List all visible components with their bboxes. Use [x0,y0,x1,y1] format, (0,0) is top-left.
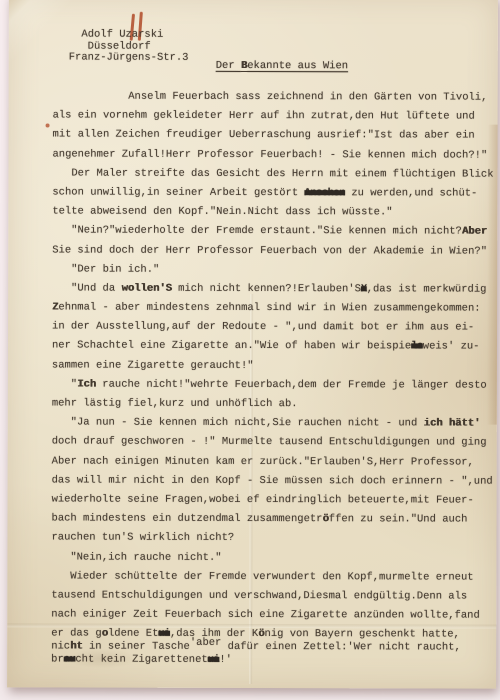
text-line: Aber nach einigen Minuten kam er zurück.… [52,455,500,475]
text-line: wiederholte seine Fragen,wobei ef eindri… [52,493,500,513]
text-segment: mich nicht kennen?!Erlauben'S [172,283,361,295]
text-segment: "Nein?"wiederholte der Fremde erstaunt."… [52,225,462,238]
text-segment: ffen zu sein."Und auch [329,513,468,525]
text-segment: 'aber [190,637,222,649]
text-segment: weis' zu- [423,341,480,353]
text-segment: wollen'S [121,283,171,295]
text-line: Zehnmal - aber mindestens zehnmal sind w… [52,302,500,322]
text-segment: ht [70,641,83,653]
text-line: schon unwillig,in seiner Arbeit gestört … [52,186,500,206]
text-line: mit allen Zeichen freudiger Ueberraschun… [53,129,500,149]
text-segment: mehr lästig fiel,kurz und unhöflich ab. [52,397,298,410]
text-segment: ls [411,341,423,353]
text-segment: wiederholte seine Fragen,wobei ef eindri… [52,493,474,506]
author-line: Franz-Jürgens-Str.3 [69,53,189,65]
text-line: das will mir nicht in den Kopf - Sie müs… [52,474,500,494]
text-segment: tausend Entschuldigungen und verschwand,… [51,589,467,602]
text-segment: das will mir nicht in den Kopf - Sie müs… [52,474,493,487]
text-segment: Sie sind doch der Herr Professor Feuerba… [52,244,487,257]
text-segment: Aber [462,226,487,238]
text-segment: er das g [51,628,101,640]
text-segment: br [51,654,64,666]
text-segment: " [52,378,77,390]
text-segment: !' [219,654,232,666]
text-segment: sammen eine Zigarette geraucht!" [52,359,254,372]
text-line: sammen eine Zigarette geraucht!" [52,359,500,379]
text-line: doch drauf geschworen - !" Murmelte taus… [52,436,500,456]
text-segment: ich hätt' [424,418,481,430]
text-segment: ekannte aus Wien [247,60,348,72]
text-line: tausend Entschuldigungen und verschwand,… [51,589,500,609]
text-segment: "Nein,ich rauche nicht." [51,551,221,563]
text-segment: Wieder schüttelte der Fremde verwundert … [51,570,473,583]
text-line: Sie sind doch der Herr Professor Feuerba… [52,244,500,264]
text-segment: rauche nicht!"wehrte Feuerbach,dem der F… [96,378,487,391]
text-segment: als ein vornehm gekleideter Herr auf ihn… [53,110,475,123]
text-line: "Ich rauche nicht!"wehrte Feuerbach,dem … [52,378,500,398]
text-line: "Der bin ich." [52,263,500,283]
text-segment: telte abweisend den Kopf."Nein.Nicht das… [52,206,392,219]
text-segment: au [64,654,76,666]
red-speck [46,123,50,127]
text-segment: ,das ist merkwürdig [367,283,487,295]
text-segment: ehnmal - aber mindestens zehnmal sind wi… [58,302,480,315]
text-line: Der Maler streifte das Gesicht des Herrn… [52,167,500,187]
text-segment: dafür einen Zettel:'Wer nicht raucht, [221,641,460,654]
text-segment: rauchen tun'S wirklich nicht? [51,532,234,544]
text-line: Wieder schüttelte der Fremde verwundert … [51,570,500,590]
text-segment: Aber nach einigen Minuten kam er zurück.… [52,455,474,468]
text-line: braucht kein Zigarettenetui!' [51,654,500,668]
author-address-block: Adolf Uzarski DüsseldorfFranz-Jürgens-St… [69,30,189,65]
text-segment: bach mindestens ein dutzendmal zusammeng… [52,513,323,526]
text-line: nach einiger Zeit Feuerbach sich eine Zi… [51,609,500,629]
text-line: angenehmer Zufall!Herr Professor Feuerba… [52,148,500,168]
text-segment: in seiner Tasche [83,641,190,653]
text-segment: in der Ausstellung,auf der Redoute - ",u… [52,321,474,334]
text-line: in der Ausstellung,auf der Redoute - ",u… [52,321,500,341]
text-segment: Der Maler streifte das Gesicht des Herrn… [52,167,493,180]
photo-background: Adolf Uzarski DüsseldorfFranz-Jürgens-St… [0,0,500,700]
text-segment: ui [158,628,170,640]
text-segment: Ich [77,378,96,390]
text-segment: mit allen Zeichen freudiger Ueberraschun… [53,129,475,142]
text-segment: Ansehen [304,187,345,199]
text-segment: nic [51,641,70,653]
text-segment: nach einiger Zeit Feuerbach sich eine Zi… [51,609,480,622]
text-segment: zu werden,und schüt- [345,187,477,199]
text-line: rauchen tun'S wirklich nicht? [51,532,500,552]
text-line: Anselm Feuerbach sass zeichnend in den G… [53,90,500,110]
text-line: als ein vornehm gekleideter Herr auf ihn… [53,110,500,130]
typewritten-page: Adolf Uzarski DüsseldorfFranz-Jürgens-St… [7,0,498,689]
text-line: "Nein,ich rauche nicht." [51,551,500,571]
document-body: Anselm Feuerbach sass zeichnend in den G… [51,90,500,667]
text-segment: "Der bin ich." [52,263,159,275]
text-line: bach mindestens ein dutzendmal zusammeng… [51,513,500,533]
text-segment: Der [216,60,241,72]
text-segment: Anselm Feuerbach sass zeichnend in den G… [53,90,488,103]
text-segment: angenehmer Zufall!Herr Professor Feuerba… [52,148,487,161]
text-line: telte abweisend den Kopf."Nein.Nicht das… [52,206,500,226]
text-segment: doch drauf geschworen - !" Murmelte taus… [52,436,487,449]
text-line: "Und da wollen'S mich nicht kennen?!Erla… [52,282,500,302]
text-line: "Ja nun - Sie kennen mich nicht,Sie rauc… [52,417,500,437]
text-segment: ui [208,654,220,666]
text-segment: cht kein Zigarettenet [75,654,207,666]
document-title: Der Bekannte aus Wien [216,60,348,72]
author-line: Adolf Uzarski [69,30,189,42]
text-segment: schon unwillig,in seiner Arbeit gestört [52,186,304,199]
text-line: mehr lästig fiel,kurz und unhöflich ab. [52,397,500,417]
text-segment: "Und da [52,282,121,294]
text-line: "Nein?"wiederholte der Fremde erstaunt."… [52,225,500,245]
text-segment: ner Schachtel eine Zigarette an."Wie of … [52,340,411,353]
text-line: ner Schachtel eine Zigarette an."Wie of … [52,340,500,360]
text-segment: "Ja nun - Sie kennen mich nicht,Sie rauc… [52,417,424,430]
text-segment: ldene Et [108,628,158,640]
text-segment: nig von Bayern geschenkt hatte, [265,628,460,641]
